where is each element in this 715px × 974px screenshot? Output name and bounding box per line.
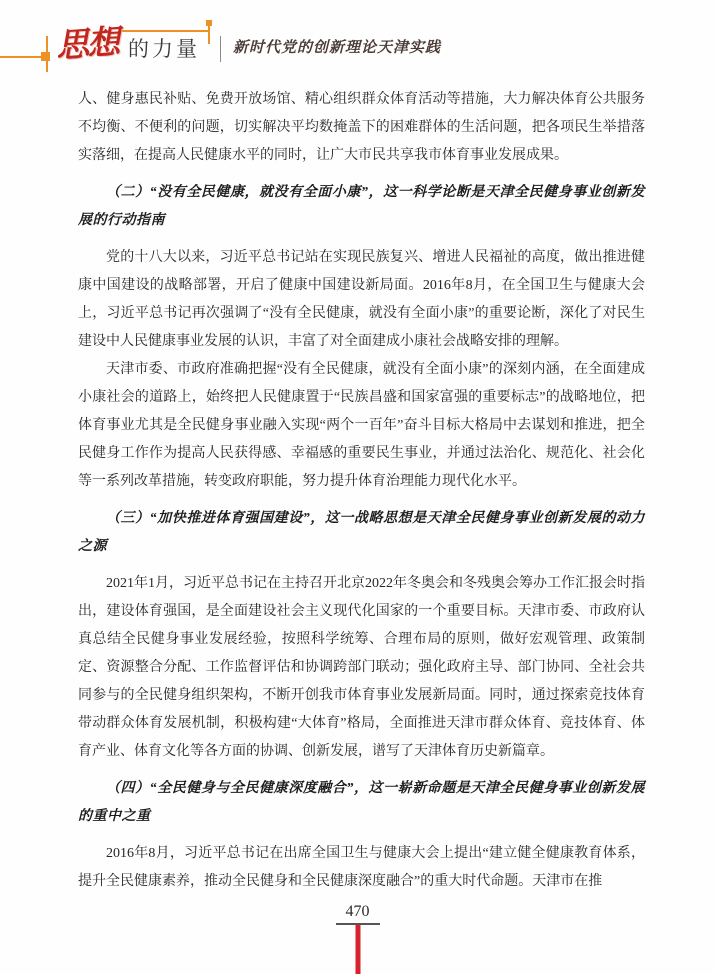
paragraph: 党的十八大以来，习近平总书记站在实现民族复兴、增进人民福祉的高度，做出推进健康中… — [78, 244, 645, 356]
section-heading-4: （四）“全民健身与全民健康深度融合”，这一崭新命题是天津全民健身事业创新发展的重… — [78, 775, 645, 831]
page-header: 思想 的力量 新时代党的创新理论天津实践 — [0, 0, 715, 80]
section-heading-2: （二）“没有全民健康，就没有全面小康”，这一科学论断是天津全民健身事业创新发展的… — [78, 179, 645, 235]
paragraph: 2016年8月，习近平总书记在出席全国卫生与健康大会上提出“建立健全健康教育体系… — [78, 840, 645, 896]
paragraph-continuation: 人、健身惠民补贴、免费开放场馆、精心组织群众体育活动等措施，大力解决体育公共服务… — [78, 86, 645, 170]
logo-right-square-ornament — [206, 20, 212, 26]
logo-suffix-wrap: 的力量 — [122, 30, 208, 62]
book-subtitle: 新时代党的创新理论天津实践 — [220, 36, 441, 62]
section-heading-3: （三）“加快推进体育强国建设”，这一战略思想是天津全民健身事业创新发展的动力之源 — [78, 505, 645, 561]
paragraph: 天津市委、市政府准确把握“没有全民健康，就没有全面小康”的深刻内涵，在全面建成小… — [78, 356, 645, 496]
header-left-vertical-rule — [46, 36, 48, 72]
page-footer: 470 — [0, 900, 715, 974]
logo-suffix-text: 的力量 — [128, 37, 200, 61]
paragraph: 2021年1月，习近平总书记在主持召开北京2022年冬奥会和冬残奥会筹办工作汇报… — [78, 570, 645, 766]
page-body: 人、健身惠民补贴、免费开放场馆、精心组织群众体育活动等措施，大力解决体育公共服务… — [78, 86, 645, 896]
header-left-rule — [0, 56, 44, 58]
logo-main-calligraphy: 思想 — [55, 24, 119, 64]
footer-red-bar — [355, 925, 360, 974]
book-logo: 思想 的力量 新时代党的创新理论天津实践 — [56, 26, 441, 62]
page-number: 470 — [336, 902, 380, 925]
